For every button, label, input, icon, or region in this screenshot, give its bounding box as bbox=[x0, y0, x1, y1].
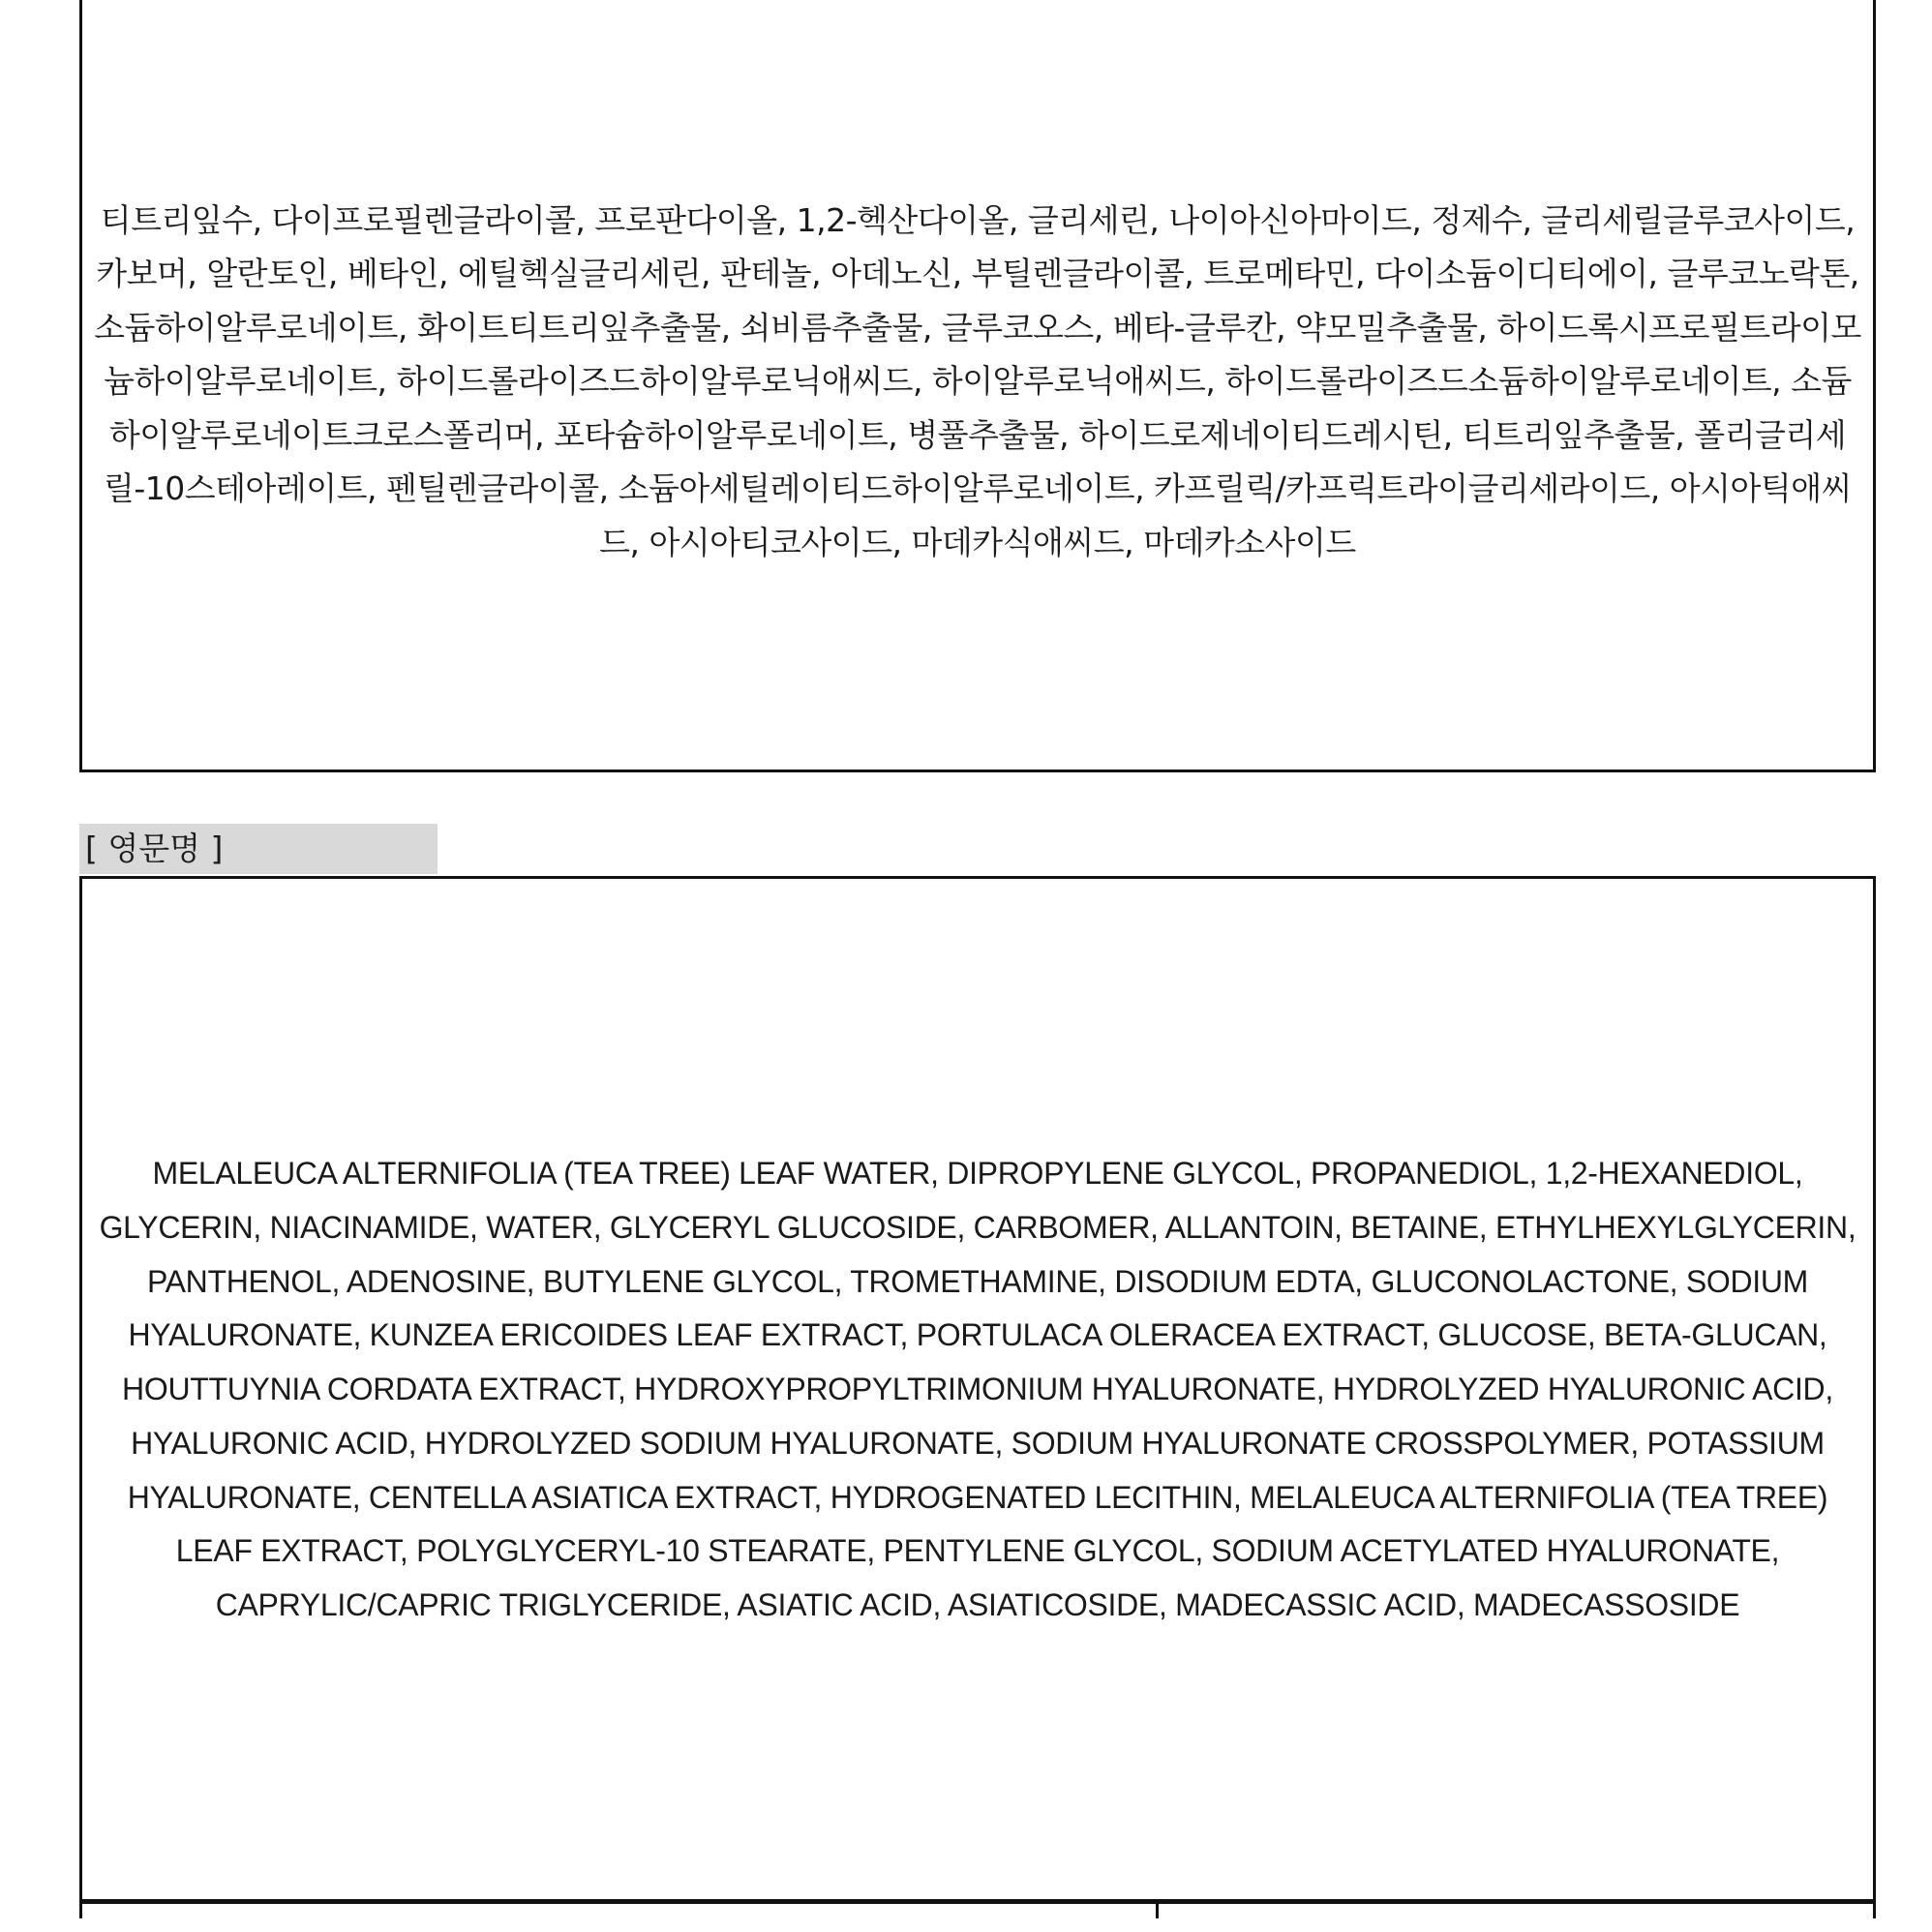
english-ingredients-box: MELALEUCA ALTERNIFOLIA (TEA TREE) LEAF W… bbox=[79, 876, 1876, 1904]
english-ingredients-text: MELALEUCA ALTERNIFOLIA (TEA TREE) LEAF W… bbox=[82, 1147, 1873, 1633]
table-bottom-border bbox=[79, 1899, 1876, 1904]
korean-ingredients-text: 티트리잎수, 다이프로필렌글라이콜, 프로판다이올, 1,2-헥산다이올, 글리… bbox=[82, 194, 1873, 570]
table-column-divider bbox=[1156, 1899, 1159, 1918]
table-column-border-right bbox=[1873, 1899, 1876, 1918]
korean-ingredients-box: 티트리잎수, 다이프로필렌글라이콜, 프로판다이올, 1,2-헥산다이올, 글리… bbox=[79, 0, 1876, 772]
english-name-label: [ 영문명 ] bbox=[79, 824, 438, 874]
table-column-border-left bbox=[79, 1899, 82, 1918]
